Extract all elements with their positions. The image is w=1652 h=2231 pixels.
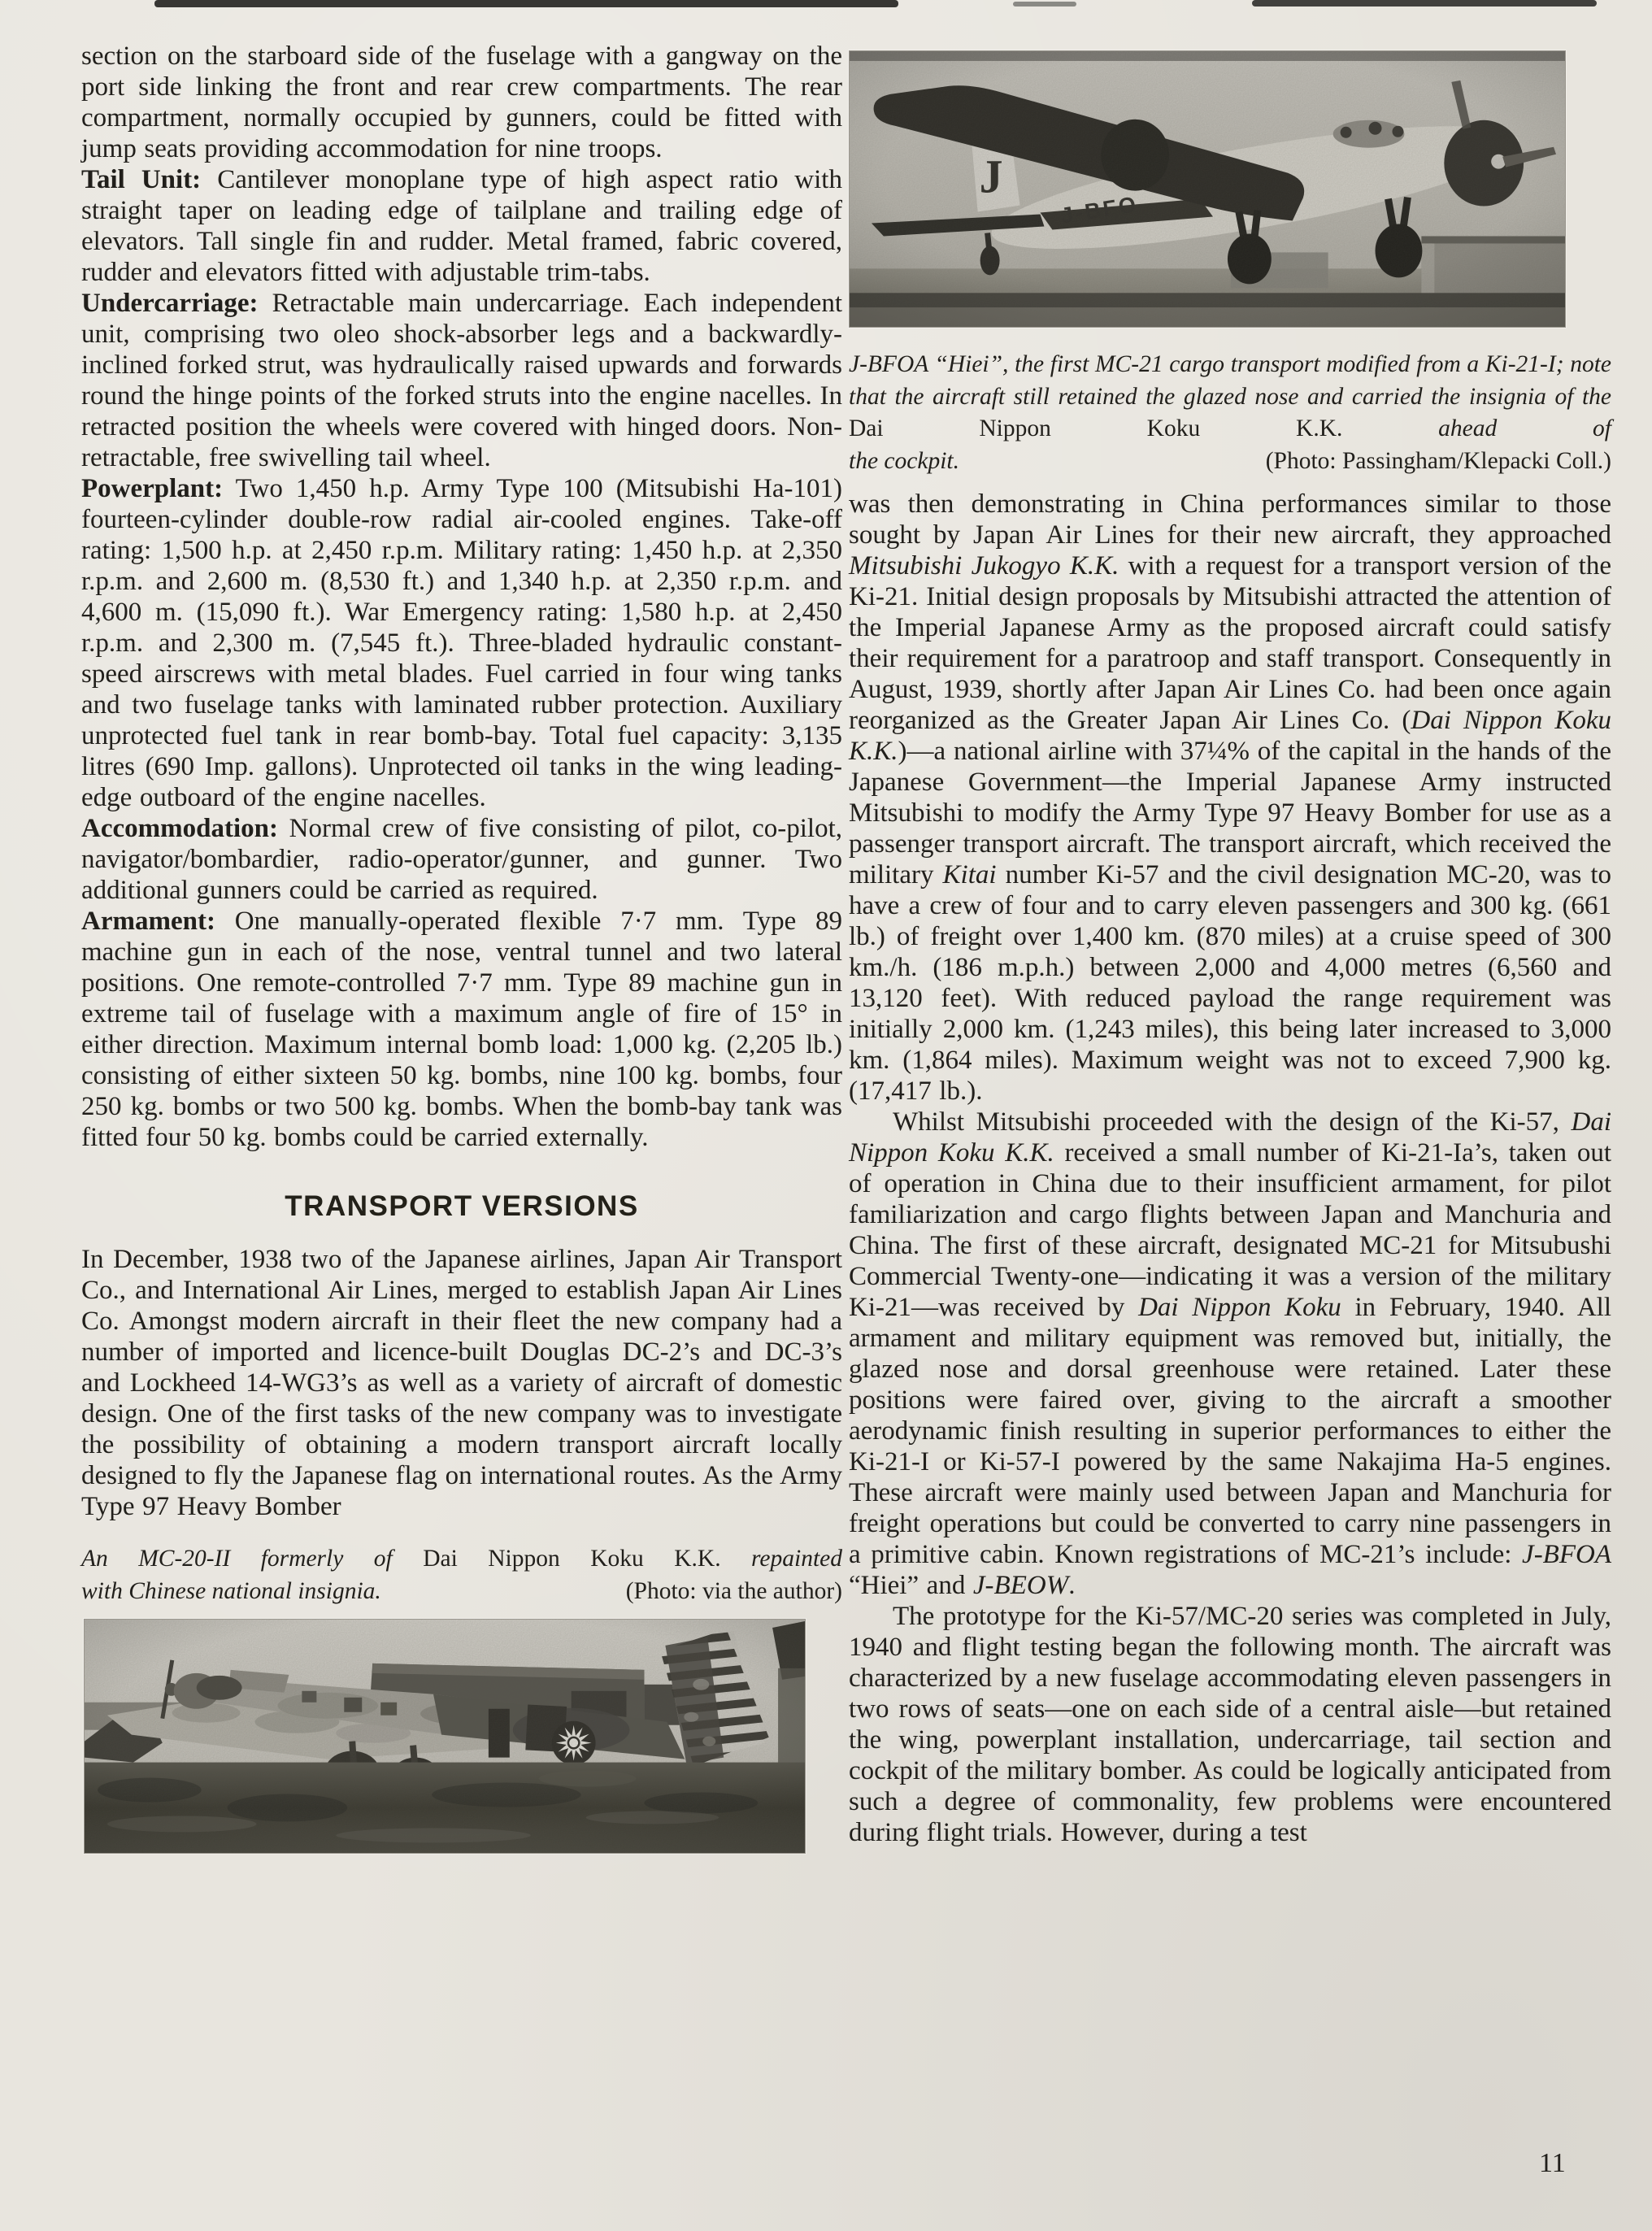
scanned-document-page: section on the starboard side of the fus… — [0, 0, 1652, 2231]
photo-credit: (Photo: Passingham/Klepacki Coll.) — [1266, 446, 1611, 478]
section-heading: TRANSPORT VERSIONS — [81, 1190, 842, 1223]
caption-last-line: with Chinese national insignia.(Photo: v… — [81, 1576, 842, 1608]
bottom-photo — [84, 1619, 806, 1854]
text-run: Tail Unit: — [81, 165, 201, 194]
text-run: In December, 1938 two of the Japanese ai… — [81, 1245, 842, 1521]
text-run: in February, 1940. All armament and mili… — [849, 1293, 1611, 1569]
caption-last-line: the cockpit.(Photo: Passingham/Klepacki … — [849, 446, 1611, 478]
paragraph: section on the starboard side of the fus… — [81, 41, 842, 164]
scan-artifact — [1252, 0, 1597, 7]
paragraph: Whilst Mitsubishi proceeded with the des… — [849, 1107, 1611, 1601]
caption-text: with Chinese national insignia. — [81, 1576, 381, 1608]
text-run: Kitai — [943, 860, 997, 889]
caption-text: J-BFOA “Hiei”, the first MC-21 cargo tra… — [849, 349, 1611, 446]
top-photo: J J-BFO — [849, 50, 1566, 328]
text-run: An MC-20-II formerly of — [81, 1546, 423, 1572]
paragraph: The prototype for the Ki-57/MC-20 series… — [849, 1601, 1611, 1848]
paragraph: Accommodation: Normal crew of five consi… — [81, 813, 842, 906]
text-run: Mitsubishi Jukogyo K.K. — [849, 551, 1119, 581]
text-run: J-BFOA “Hiei”, the first MC-21 cargo tra… — [849, 351, 1611, 410]
page-number: 11 — [1539, 2148, 1566, 2179]
text-run: Undercarriage: — [81, 289, 258, 318]
text-run: Two 1,450 h.p. Army Type 100 (Mitsubishi… — [81, 474, 842, 812]
text-run: “Hiei” and — [849, 1571, 973, 1600]
left-column: section on the starboard side of the fus… — [81, 41, 842, 1854]
text-run: Dai Nippon Koku K.K. — [423, 1546, 720, 1572]
text-run: ahead of — [1342, 415, 1611, 441]
scan-artifact — [1013, 2, 1076, 7]
text-run: Whilst Mitsubishi proceeded with the des… — [893, 1107, 1572, 1137]
text-run: The prototype for the Ki-57/MC-20 series… — [849, 1602, 1611, 1847]
text-run: repainted — [721, 1546, 842, 1572]
text-run: Dai Nippon Koku — [1138, 1293, 1341, 1322]
photo-top-illustration: J J-BFO — [850, 51, 1565, 327]
text-run: number Ki-57 and the civil designation M… — [849, 860, 1611, 1106]
text-run: Powerplant: — [81, 474, 223, 503]
right-column: J J-BFO — [849, 49, 1611, 1848]
scan-artifact — [154, 0, 898, 7]
caption-text: An MC-20-II formerly of Dai Nippon Koku … — [81, 1543, 842, 1576]
photo-credit: (Photo: via the author) — [626, 1576, 842, 1608]
text-run: was then demonstrating in China performa… — [849, 489, 1611, 550]
text-run: section on the starboard side of the fus… — [81, 41, 842, 163]
photo-bottom-illustration — [85, 1620, 805, 1853]
caption-text: the cockpit. — [849, 446, 959, 478]
photo-caption: J-BFOA “Hiei”, the first MC-21 cargo tra… — [849, 349, 1611, 477]
film-grain — [85, 1620, 805, 1853]
paragraph: Powerplant: Two 1,450 h.p. Army Type 100… — [81, 473, 842, 813]
text-run: the cockpit. — [849, 448, 959, 474]
text-run: One manually-operated flexible 7·7 mm. T… — [81, 907, 842, 1152]
photo-caption: An MC-20-II formerly of Dai Nippon Koku … — [81, 1543, 842, 1607]
paragraph: Armament: One manually-operated flexible… — [81, 906, 842, 1153]
text-run: J-BFOA — [1522, 1540, 1611, 1569]
paragraph: Tail Unit: Cantilever monoplane type of … — [81, 164, 842, 288]
text-run: Armament: — [81, 907, 215, 936]
film-grain — [850, 51, 1565, 327]
paragraph: In December, 1938 two of the Japanese ai… — [81, 1244, 842, 1522]
scan-edge — [850, 51, 1565, 61]
text-run: Accommodation: — [81, 814, 278, 843]
text-run: Dai Nippon Koku K.K. — [849, 415, 1342, 441]
paragraph: Undercarriage: Retractable main undercar… — [81, 288, 842, 473]
text-run: with Chinese national insignia. — [81, 1578, 381, 1604]
text-run: J-BEOW — [973, 1571, 1068, 1600]
paragraph: was then demonstrating in China performa… — [849, 489, 1611, 1107]
text-run: . — [1068, 1571, 1075, 1600]
